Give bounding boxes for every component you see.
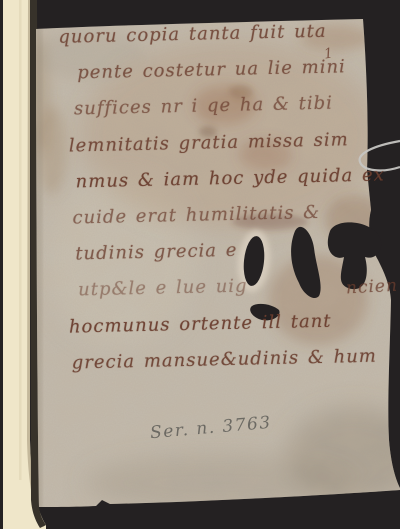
text-line: grecia mansue&udinis & hum: [71, 338, 396, 382]
text-fragment-right: ncien: [346, 276, 399, 299]
flyleaf-fold-line: [19, 0, 22, 480]
manuscript-text: quoru copia tanta fuit uta pente costetu…: [48, 12, 396, 381]
manuscript-photo: quoru copia tanta fuit uta pente costetu…: [0, 0, 400, 529]
